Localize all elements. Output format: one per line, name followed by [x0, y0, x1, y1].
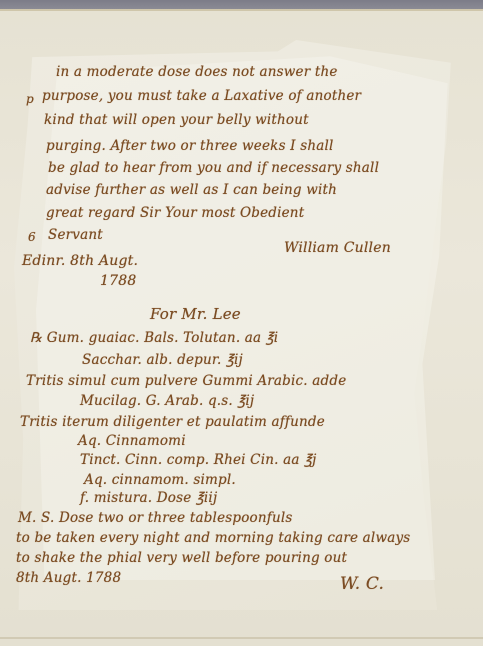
letter-line-8: Servant — [48, 227, 103, 243]
prescription-line: Mucilag. G. Arab. q.s. ℥ij — [80, 393, 254, 409]
directions-date: 8th Augt. 1788 — [16, 570, 121, 586]
prescription-line: Aq. cinnamom. simpl. — [84, 472, 236, 488]
letter-line-3: kind that will open your belly without — [44, 112, 309, 128]
letter-year: 1788 — [100, 273, 136, 289]
backing-paper-edge — [0, 637, 483, 639]
scanner-background-strip — [0, 0, 483, 9]
letter-line-6: advise further as well as I can being wi… — [46, 182, 337, 198]
directions-line: to be taken every night and morning taki… — [16, 530, 410, 546]
letter-line-5: be glad to hear from you and if necessar… — [48, 160, 379, 176]
letter-place-date: Edinr. 8th Augt. — [22, 253, 138, 269]
prescription-line: Tinct. Cinn. comp. Rhei Cin. aa ℥j — [80, 452, 316, 468]
prescription-line: Aq. Cinnamomi — [78, 433, 186, 449]
prescription-heading: For Mr. Lee — [150, 305, 241, 323]
margin-mark: 6 — [28, 230, 36, 244]
prescription-line: Tritis simul cum pulvere Gummi Arabic. a… — [26, 373, 346, 389]
letter-line-1: in a moderate dose does not answer the — [56, 64, 338, 80]
letter-line-7: great regard Sir Your most Obedient — [46, 205, 304, 221]
directions-line: to shake the phial very well before pour… — [16, 550, 347, 566]
letter-line-4: purging. After two or three weeks I shal… — [46, 138, 334, 154]
margin-mark: p — [26, 92, 34, 106]
letter-signature: William Cullen — [284, 240, 391, 256]
prescription-line: f. mistura. Dose ℥iij — [80, 490, 217, 506]
directions-line: M. S. Dose two or three tablespoonfuls — [18, 510, 293, 526]
prescription-line: ℞ Gum. guaiac. Bals. Tolutan. aa ℥i — [30, 330, 278, 346]
letter-line-2: purpose, you must take a Laxative of ano… — [42, 88, 361, 104]
prescription-line: Tritis iterum diligenter et paulatim aff… — [20, 414, 325, 430]
prescription-initials: W. C. — [340, 574, 384, 594]
prescription-line: Sacchar. alb. depur. ℥ij — [82, 352, 243, 368]
